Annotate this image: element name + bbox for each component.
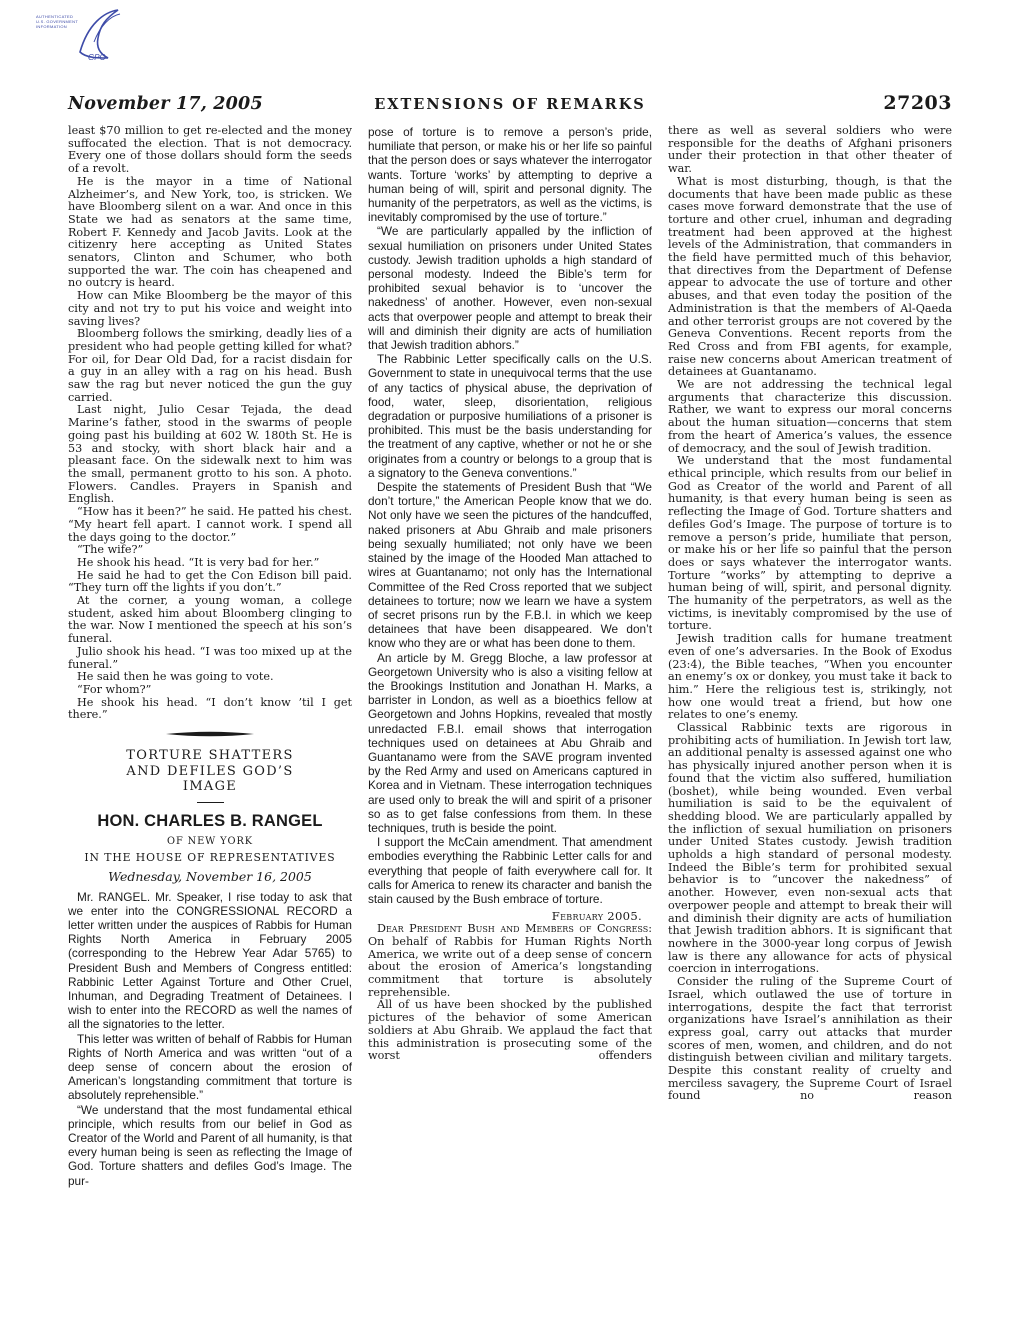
paragraph: An article by M. Gregg Bloche, a law pro… bbox=[368, 651, 652, 836]
gpo-logo-text: AUTHENTICATED U.S. GOVERNMENT INFORMATIO… bbox=[36, 14, 78, 29]
letter-dateline: February 2005. bbox=[368, 909, 652, 923]
paragraph: “The wife?” bbox=[68, 544, 352, 557]
speech-text-column2: pose of torture is to remove a person’s … bbox=[368, 125, 652, 906]
paragraph: All of us have been shocked by the publi… bbox=[368, 999, 652, 1063]
paragraph: What is most disturbing, though, is that… bbox=[668, 176, 952, 379]
letter-opening-text: On behalf of Rabbis for Human Rights Nor… bbox=[368, 935, 652, 999]
speech-date: Wednesday, November 16, 2005 bbox=[68, 869, 352, 884]
paragraph: He shook his head. “I don’t know ’til I … bbox=[68, 697, 352, 722]
paragraph: Jewish tradition calls for humane treatm… bbox=[668, 633, 952, 722]
paragraph: “We understand that the most fundamental… bbox=[68, 1103, 352, 1188]
speaker-state: OF NEW YORK bbox=[68, 836, 352, 847]
gpo-logo-line: INFORMATION bbox=[36, 24, 78, 29]
previous-article-continuation: least $70 million to get re-elected and … bbox=[68, 125, 352, 722]
column-1: least $70 million to get re-elected and … bbox=[68, 125, 352, 1255]
header-title: EXTENSIONS OF REMARKS bbox=[298, 96, 722, 113]
chamber-line: IN THE HOUSE OF REPRESENTATIVES bbox=[68, 851, 352, 864]
paragraph: Classical Rabbinic texts are rigorous in… bbox=[668, 722, 952, 976]
paragraph: Bloomberg follows the smirking, deadly l… bbox=[68, 328, 352, 404]
title-rule bbox=[197, 802, 224, 803]
paragraph: I support the McCain amendment. That ame… bbox=[368, 835, 652, 906]
paragraph: Consider the ruling of the Supreme Court… bbox=[668, 976, 952, 1103]
column-2: pose of torture is to remove a person’s … bbox=[368, 125, 652, 1255]
paragraph: Last night, Julio Cesar Tejada, the dead… bbox=[68, 404, 352, 506]
paragraph: “We are particularly appalled by the inf… bbox=[368, 224, 652, 352]
speech-text-column1: Mr. RANGEL. Mr. Speaker, I rise today to… bbox=[68, 890, 352, 1188]
paragraph: The Rabbinic Letter specifically calls o… bbox=[368, 352, 652, 480]
paragraph: He is the mayor in a time of National Al… bbox=[68, 176, 352, 290]
letter-salutation-paragraph: Dear President Bush and Members of Congr… bbox=[368, 923, 652, 999]
paragraph: Julio shook his head. “I was too mixed u… bbox=[68, 646, 352, 671]
gpo-authentication-logo: AUTHENTICATED U.S. GOVERNMENT INFORMATIO… bbox=[36, 8, 132, 70]
paragraph: We are not addressing the technical lega… bbox=[668, 379, 952, 455]
speaker-name: HON. CHARLES B. RANGEL bbox=[68, 812, 352, 831]
text-columns: least $70 million to get re-elected and … bbox=[68, 125, 952, 1255]
paragraph: Despite the statements of President Bush… bbox=[368, 480, 652, 650]
paragraph: “For whom?” bbox=[68, 684, 352, 697]
header-date: November 17, 2005 bbox=[68, 94, 298, 114]
section-divider bbox=[166, 731, 254, 737]
column-3: there as well as several soldiers who we… bbox=[668, 125, 952, 1255]
letter-text-column3: there as well as several soldiers who we… bbox=[668, 125, 952, 1103]
page-header: November 17, 2005 EXTENSIONS OF REMARKS … bbox=[68, 92, 952, 114]
letter-salutation: Dear President Bush and Members of Congr… bbox=[377, 922, 652, 935]
letter-text-column2: All of us have been shocked by the publi… bbox=[368, 999, 652, 1063]
svg-text:GPO: GPO bbox=[88, 53, 106, 62]
paragraph: How can Mike Bloomberg be the mayor of t… bbox=[68, 290, 352, 328]
paragraph: He shook his head. “It is very bad for h… bbox=[68, 557, 352, 570]
paragraph: least $70 million to get re-elected and … bbox=[68, 125, 352, 176]
paragraph: This letter was written of behalf of Rab… bbox=[68, 1032, 352, 1103]
paragraph: Mr. RANGEL. Mr. Speaker, I rise today to… bbox=[68, 890, 352, 1032]
gpo-swoosh-icon: GPO bbox=[74, 8, 126, 66]
article-title: TORTURE SHATTERS AND DEFILES GOD’S IMAGE bbox=[107, 748, 313, 795]
paragraph: He said he had to get the Con Edison bil… bbox=[68, 570, 352, 595]
paragraph: At the corner, a young woman, a college … bbox=[68, 595, 352, 646]
paragraph: there as well as several soldiers who we… bbox=[668, 125, 952, 176]
paragraph: “How has it been?” he said. He patted hi… bbox=[68, 506, 352, 544]
congressional-record-page: AUTHENTICATED U.S. GOVERNMENT INFORMATIO… bbox=[0, 0, 1020, 1320]
header-page-number: 27203 bbox=[722, 92, 952, 114]
paragraph: We understand that the most fundamental … bbox=[668, 455, 952, 633]
paragraph: pose of torture is to remove a person’s … bbox=[368, 125, 652, 224]
